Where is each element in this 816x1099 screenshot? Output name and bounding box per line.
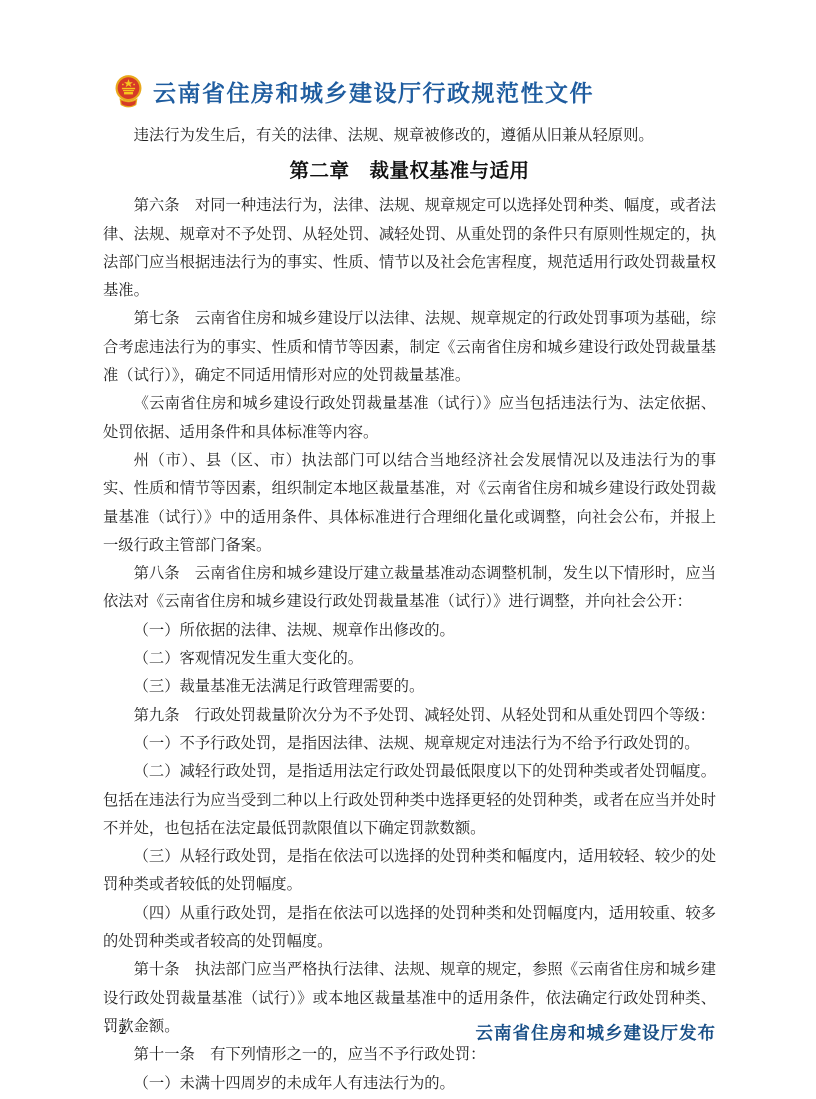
body-paragraph: 州（市）、县（区、市）执法部门可以结合当地经济社会发展情况以及违法行为的事实、性… [103,447,716,560]
body-paragraph: （三）从轻行政处罚，是指在依法可以选择的处罚种类和幅度内，适用较轻、较少的处罚种… [103,843,716,900]
body-paragraph: （二）减轻行政处罚，是指适用法定行政处罚最低限度以下的处罚种类或者处罚幅度。包括… [103,758,716,843]
document-body: 违法行为发生后，有关的法律、法规、规章被修改的，遵循从旧兼从轻原则。 第二章 裁… [103,122,716,1098]
intro-paragraph: 违法行为发生后，有关的法律、法规、规章被修改的，遵循从旧兼从轻原则。 [103,122,716,150]
body-paragraph: 第十一条 有下列情形之一的，应当不予行政处罚： [103,1041,716,1069]
national-emblem-icon [113,74,144,109]
body-paragraph: 第八条 云南省住房和城乡建设厅建立裁量基准动态调整机制，发生以下情形时，应当依法… [103,560,716,617]
body-paragraph: 第六条 对同一种违法行为，法律、法规、规章规定可以选择处罚种类、幅度，或者法律、… [103,192,716,305]
body-paragraph: （一）不予行政处罚，是指因法律、法规、规章规定对违法行为不给予行政处罚的。 [103,730,716,758]
document-page: 云南省住房和城乡建设厅行政规范性文件 违法行为发生后，有关的法律、法规、规章被修… [0,0,816,1099]
document-header: 云南省住房和城乡建设厅行政规范性文件 [113,74,594,109]
body-paragraph: （二）客观情况发生重大变化的。 [103,645,716,673]
body-paragraph: （三）裁量基准无法满足行政管理需要的。 [103,673,716,701]
body-paragraph: （四）从重行政处罚，是指在依法可以选择的处罚种类和处罚幅度内，适用较重、较多的处… [103,900,716,957]
body-paragraph: 第七条 云南省住房和城乡建设厅以法律、法规、规章规定的行政处罚事项为基础，综合考… [103,305,716,390]
body-paragraph: （一）未满十四周岁的未成年人有违法行为的。 [103,1070,716,1098]
paragraph-list: 第六条 对同一种违法行为，法律、法规、规章规定可以选择处罚种类、幅度，或者法律、… [103,192,716,1098]
footer-publisher: 云南省住房和城乡建设厅发布 [476,1020,717,1045]
chapter-heading: 第二章 裁量权基准与适用 [103,150,716,192]
body-paragraph: 第九条 行政处罚裁量阶次分为不予处罚、减轻处罚、从轻处罚和从重处罚四个等级： [103,702,716,730]
document-header-title: 云南省住房和城乡建设厅行政规范性文件 [153,75,594,108]
body-paragraph: 《云南省住房和城乡建设行政处罚裁量基准（试行）》应当包括违法行为、法定依据、处罚… [103,390,716,447]
body-paragraph: （一）所依据的法律、法规、规章作出修改的。 [103,617,716,645]
footer-page-number: · 2 · [106,1022,141,1039]
